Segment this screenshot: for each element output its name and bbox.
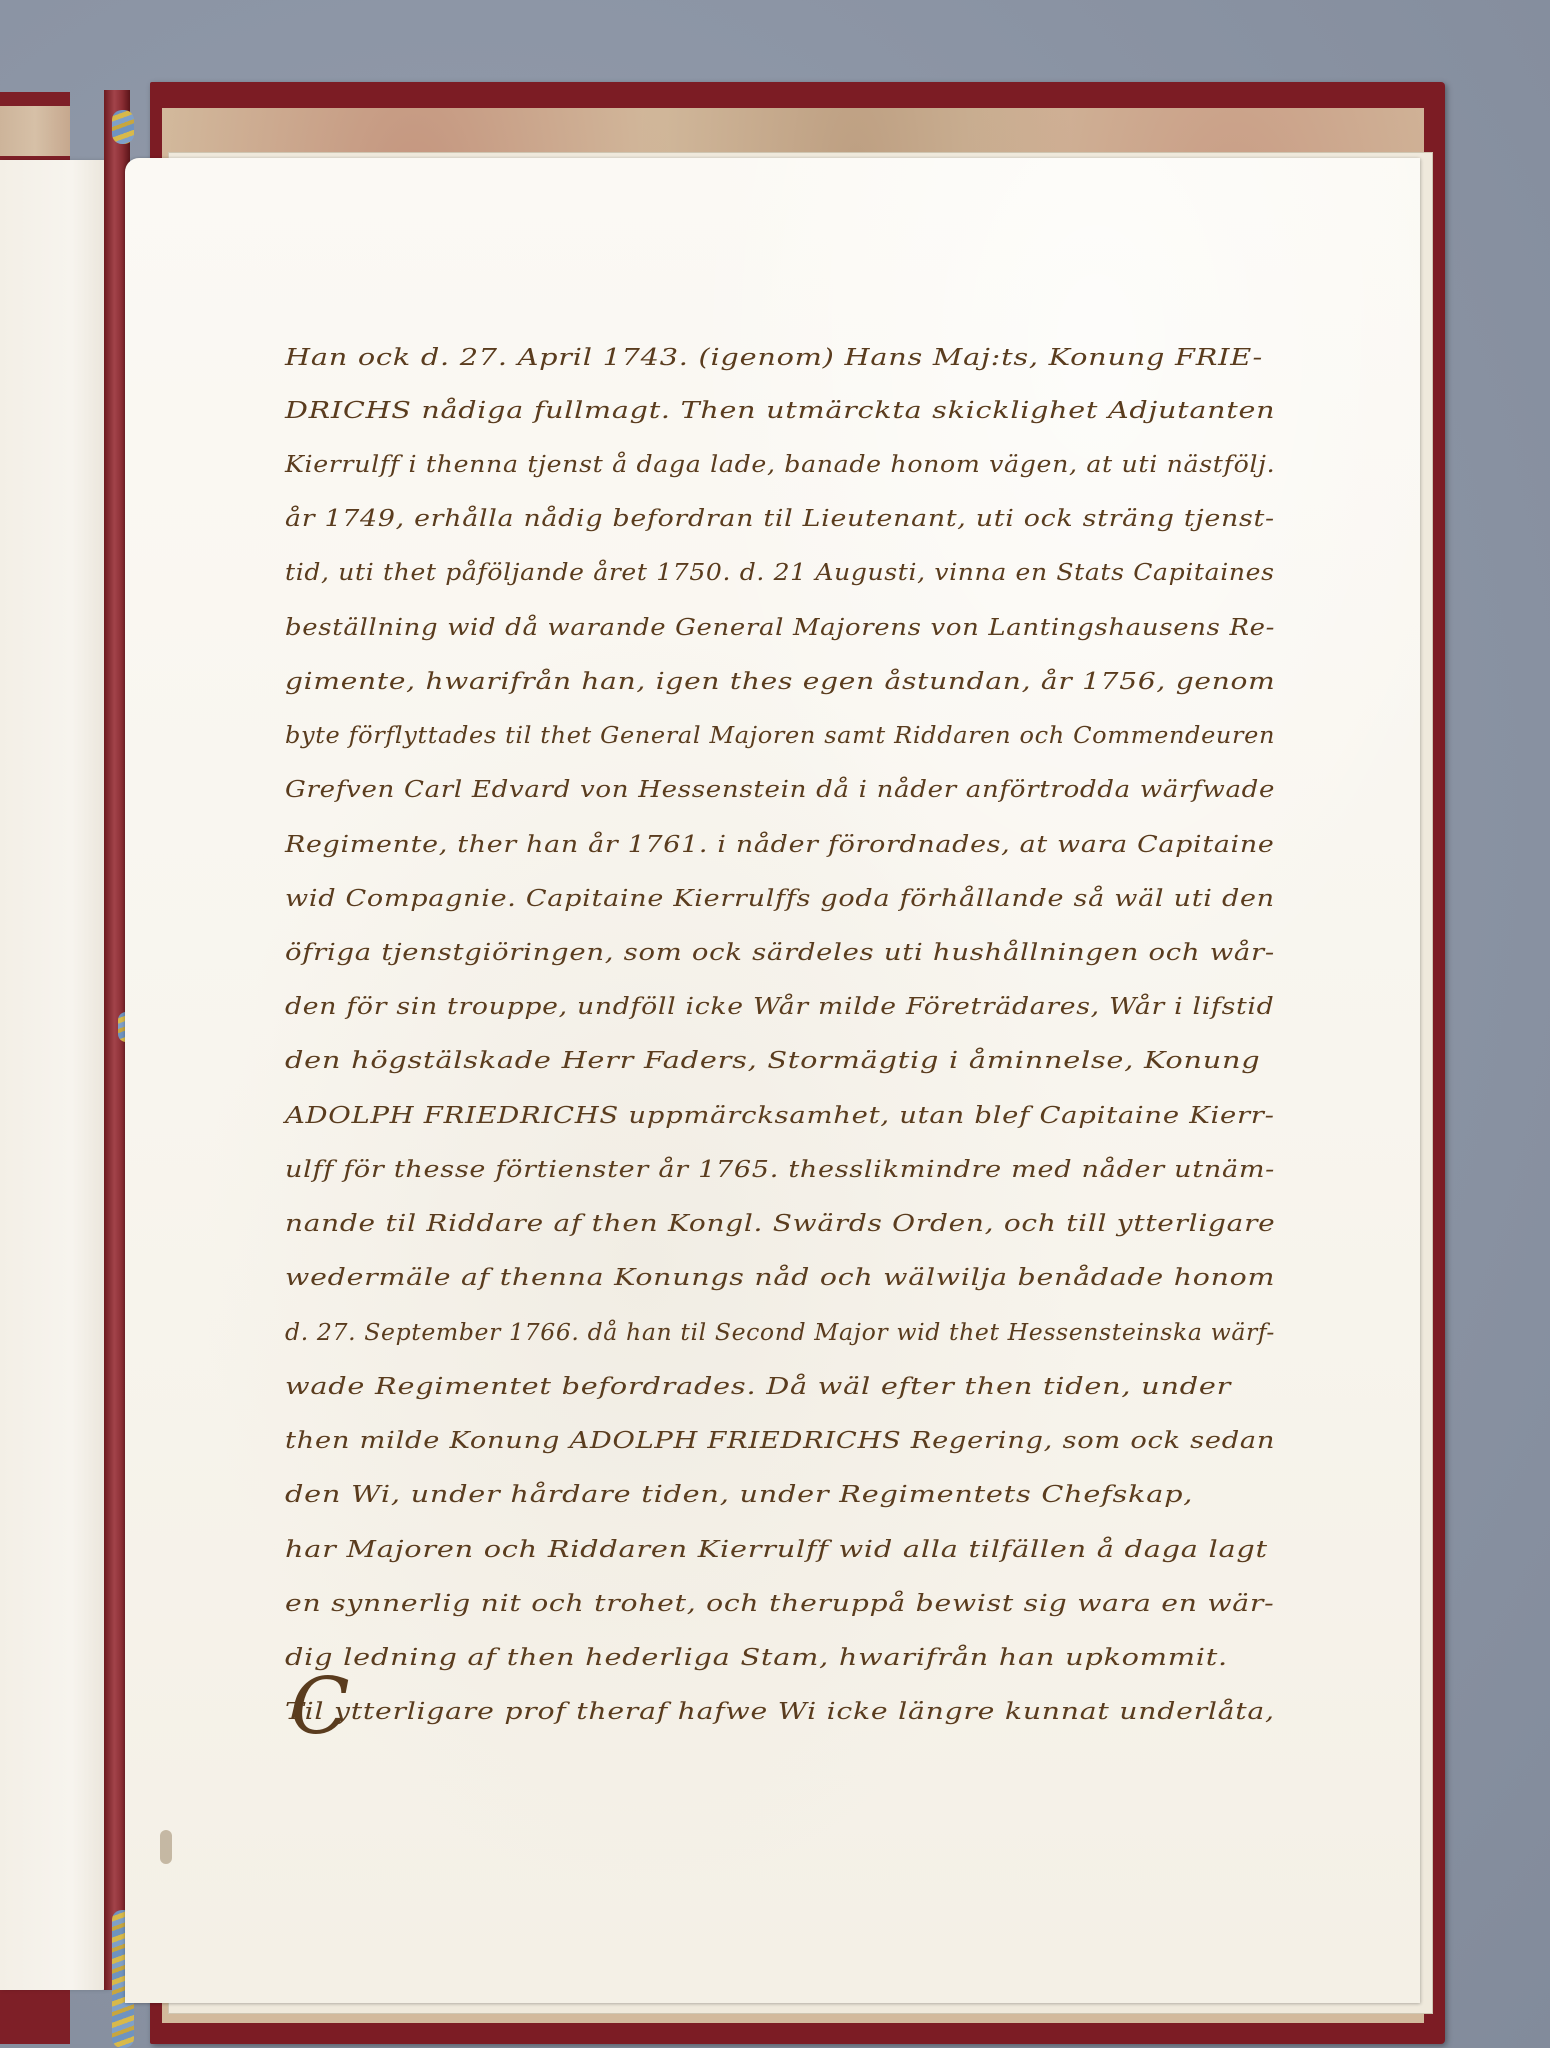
text-line: Han ock d. 27. April 1743. (igenom) Hans… xyxy=(285,345,1263,371)
text-line: den högstälskade Herr Faders, Stormägtig… xyxy=(285,1048,1260,1074)
text-line: den Wi, under hårdare tiden, under Regim… xyxy=(285,1482,1193,1508)
ink-stain xyxy=(160,1830,172,1864)
text-line: den för sin trouppe, undföll icke Wår mi… xyxy=(285,994,1274,1020)
text-line: ulff för thesse förtienster år 1765. the… xyxy=(285,1157,1275,1183)
text-line: år 1749, erhålla nådig befordran til Lie… xyxy=(285,506,1275,532)
decorated-initial: C xyxy=(290,1668,350,1746)
text-line: beställning wid då warande General Major… xyxy=(285,615,1275,641)
text-line: Kierrulff i thenna tjenst å daga lade, b… xyxy=(285,452,1275,478)
text-line: d. 27. September 1766. då han til Second… xyxy=(285,1320,1275,1346)
text-line: then milde Konung ADOLPH FRIEDRICHS Rege… xyxy=(285,1428,1275,1454)
text-line: wade Regimentet befordrades. Då wäl efte… xyxy=(285,1374,1231,1400)
text-line: öfriga tjenstgiöringen, som ock särdeles… xyxy=(285,940,1275,966)
text-line: tid, uti thet påföljande året 1750. d. 2… xyxy=(285,560,1275,586)
text-line: wedermäle af thenna Konungs nåd och wälw… xyxy=(285,1265,1275,1291)
text-line: byte förflyttades til thet General Major… xyxy=(285,723,1275,749)
text-line: har Majoren och Riddaren Kierrulff wid a… xyxy=(285,1537,1268,1563)
text-line: DRICHS nådiga fullmagt. Then utmärckta s… xyxy=(285,398,1275,424)
text-line: ADOLPH FRIEDRICHS uppmärcksamhet, utan b… xyxy=(285,1103,1275,1129)
text-line: gimente, hwarifrån han, igen thes egen å… xyxy=(285,669,1275,695)
text-line: nande til Riddare af then Kongl. Swärds … xyxy=(285,1211,1275,1237)
text-line: Grefven Carl Edvard von Hessenstein då i… xyxy=(285,777,1275,803)
text-line: Regimente, ther han år 1761. i nåder för… xyxy=(285,832,1274,858)
text-line: wid Compagnie. Capitaine Kierrulffs goda… xyxy=(285,886,1275,912)
silk-cord-top xyxy=(112,110,134,144)
text-line: dig ledning af then hederliga Stam, hwar… xyxy=(285,1645,1228,1671)
left-marbled-pastedown xyxy=(0,106,70,156)
left-page xyxy=(0,160,120,1990)
text-line: Til ytterligare prof theraf hafwe Wi ick… xyxy=(285,1699,1275,1725)
text-line: en synnerlig nit och trohet, och therupp… xyxy=(285,1591,1274,1617)
